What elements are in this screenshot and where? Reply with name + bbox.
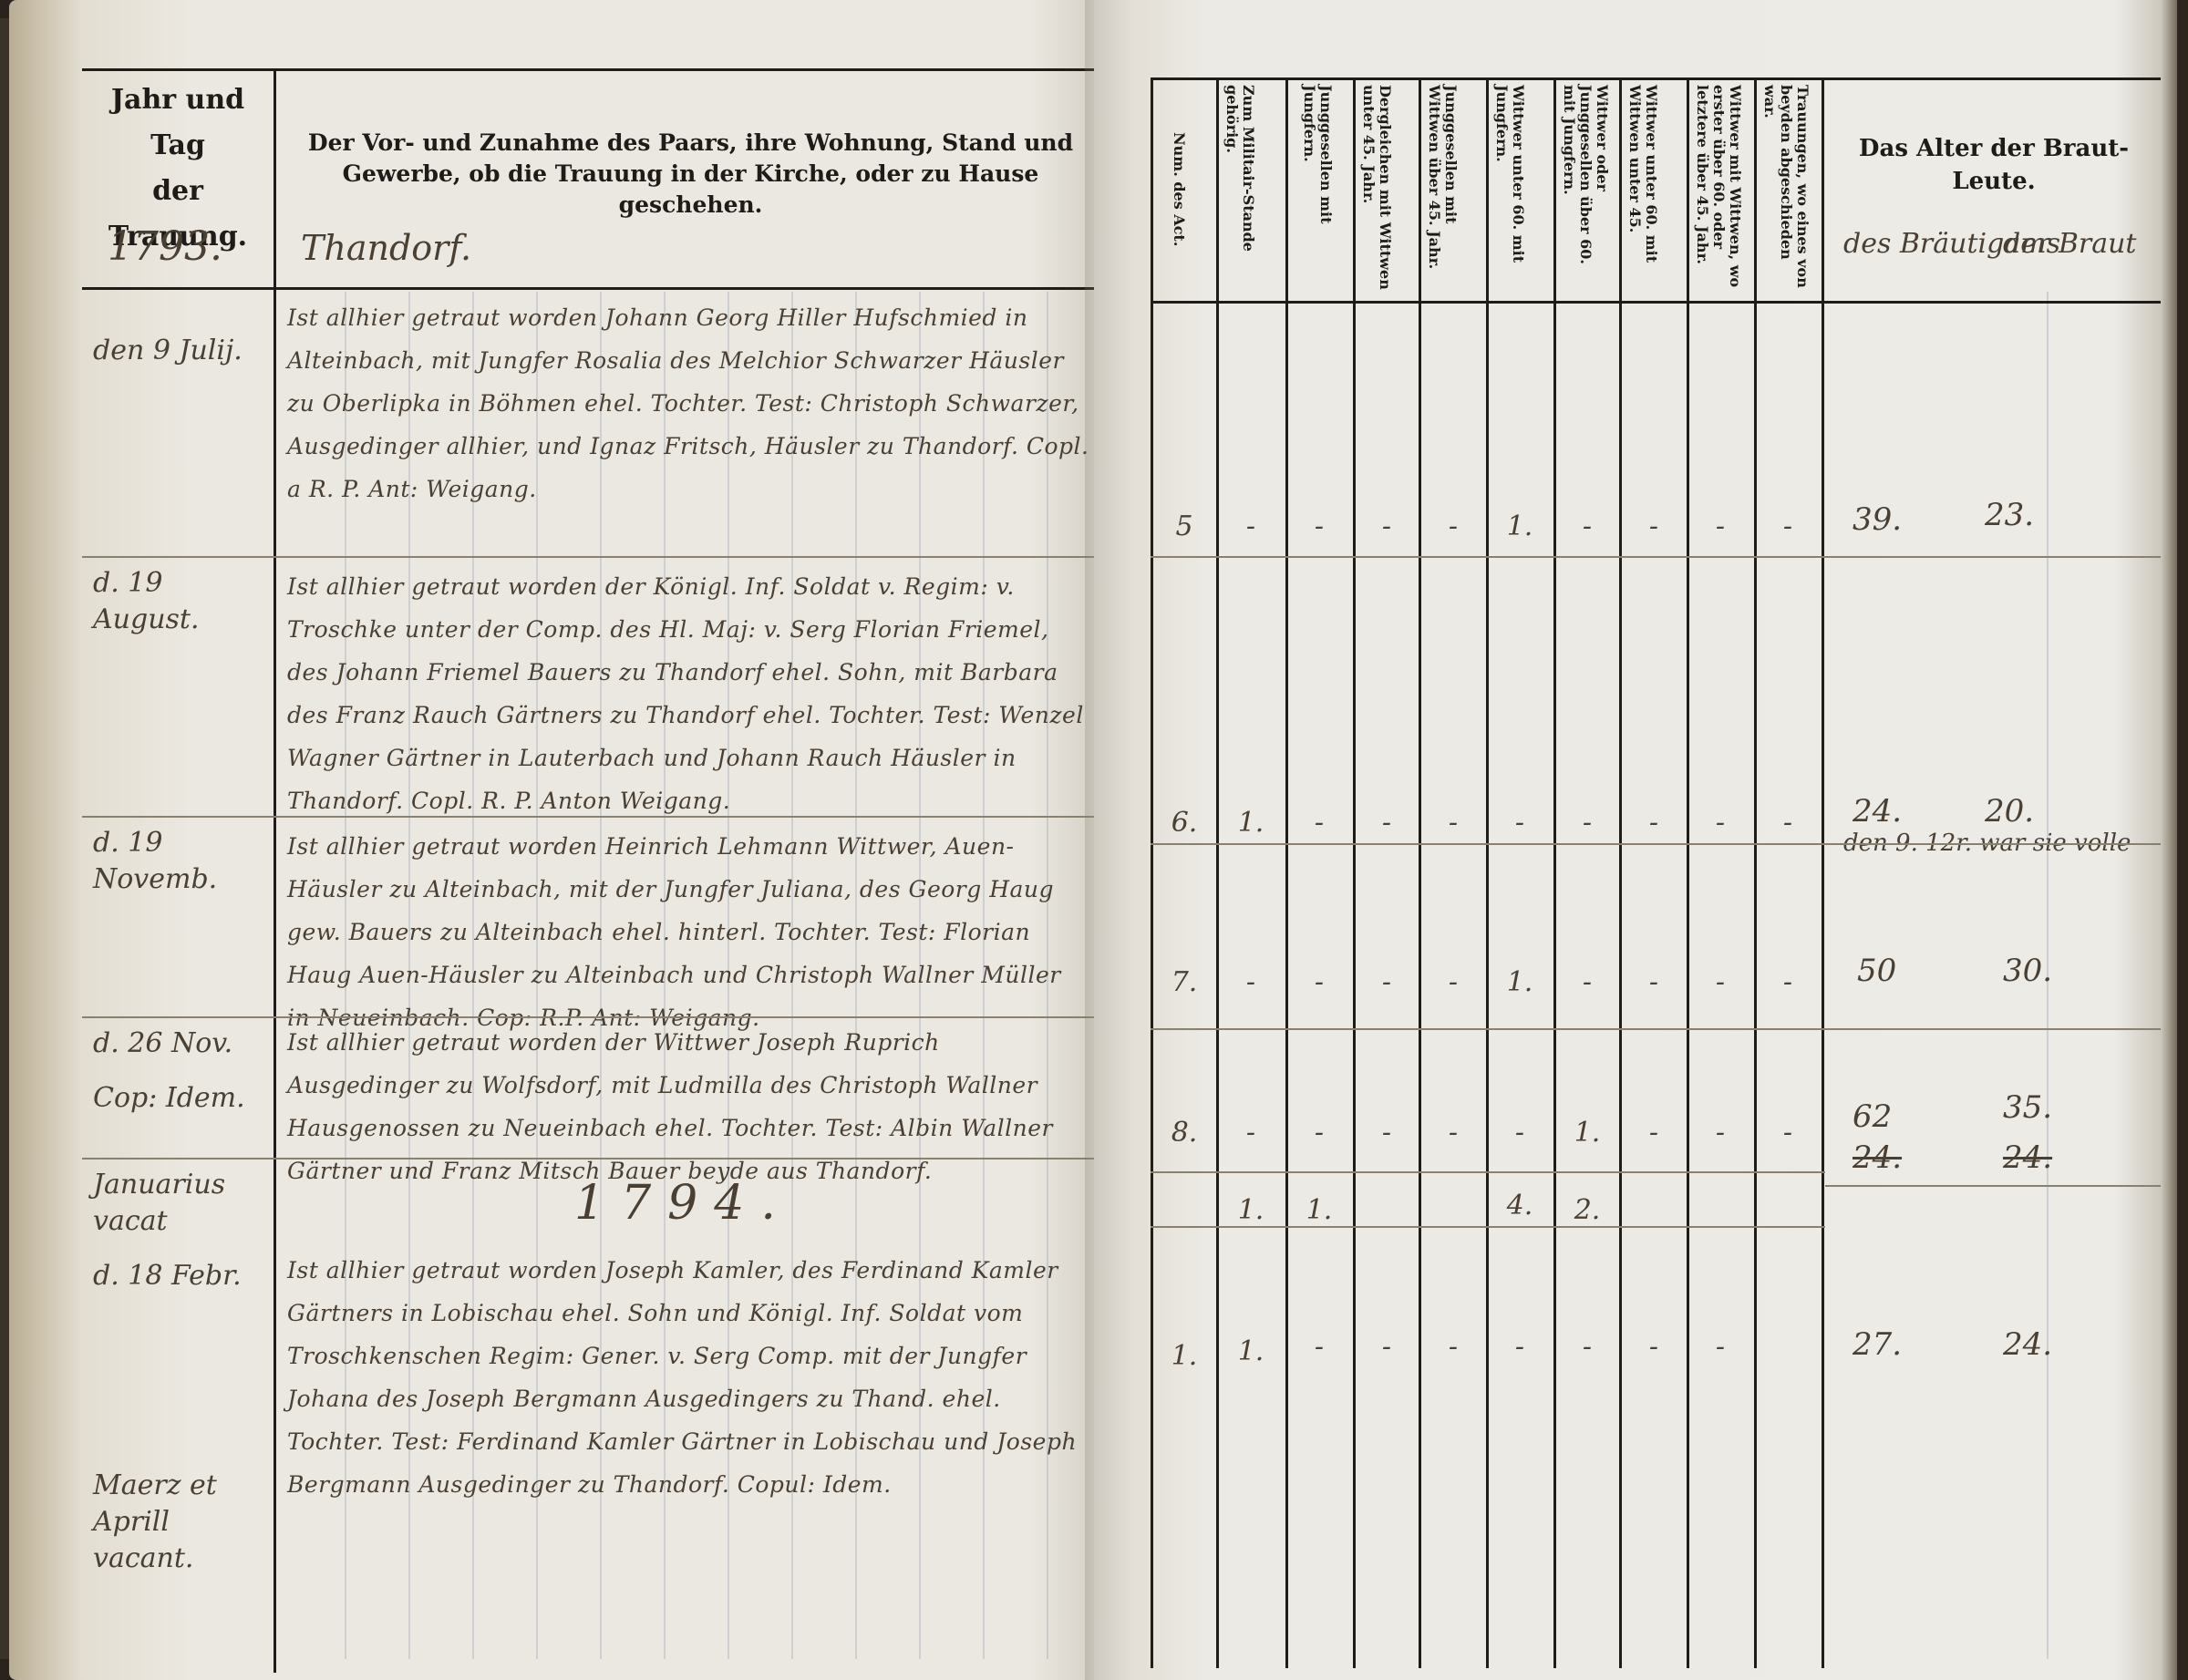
header-line: Jahr und Tag bbox=[82, 77, 273, 169]
year-1793: 1793. bbox=[108, 223, 222, 270]
tally-mark: - bbox=[1555, 510, 1619, 542]
tally-mark: - bbox=[1756, 510, 1820, 542]
book-cover-edge-right bbox=[2177, 0, 2188, 1680]
groom-age: 24. bbox=[1853, 793, 1902, 830]
total-mark: 1. bbox=[1287, 1194, 1351, 1226]
column-divider bbox=[1687, 77, 1689, 1668]
bride-age: 35. bbox=[2003, 1089, 2052, 1126]
tally-mark: - bbox=[1421, 807, 1485, 839]
entry-text: Ist allhier getraut worden Heinrich Lehm… bbox=[287, 825, 1089, 1039]
tally-mark: - bbox=[1421, 1117, 1485, 1149]
table-rule bbox=[1151, 301, 2161, 304]
tally-mark: - bbox=[1622, 1331, 1686, 1363]
table-rule bbox=[82, 68, 1099, 71]
tally-mark: - bbox=[1688, 510, 1752, 542]
entry-date: d. 18 Febr. bbox=[93, 1258, 266, 1294]
tally-mark: - bbox=[1287, 1331, 1351, 1363]
tally-mark: - bbox=[1287, 510, 1351, 542]
entry-text: Ist allhier getraut worden Joseph Kamler… bbox=[287, 1249, 1089, 1506]
groom-age: 62 bbox=[1853, 1098, 1892, 1135]
header-bachelors-maidens: Junggesellen mit Jungfern. bbox=[1301, 85, 1334, 294]
groom-age: 39. bbox=[1853, 501, 1902, 538]
tally-mark: 1. bbox=[1219, 1335, 1283, 1367]
bride-age: 23. bbox=[1985, 497, 2034, 533]
tally-mark: 1. bbox=[1488, 510, 1552, 542]
row-separator bbox=[1151, 556, 2161, 558]
subheader-bride: der Braut bbox=[2003, 228, 2136, 260]
column-divider bbox=[273, 68, 276, 1673]
tally-mark: - bbox=[1355, 966, 1419, 998]
entry-date: d. 26 Nov. bbox=[93, 1026, 266, 1062]
entry-date: d. 19 Novemb. bbox=[93, 825, 266, 898]
left-page: Jahr und Tag der Trauung. Der Vor- und Z… bbox=[9, 0, 1103, 1680]
tally-mark: - bbox=[1622, 1117, 1686, 1149]
row-separator bbox=[1151, 1226, 1825, 1228]
column-divider bbox=[1216, 77, 1219, 1668]
tally-mark: - bbox=[1355, 510, 1419, 542]
tally-mark: - bbox=[1421, 1331, 1485, 1363]
column-divider bbox=[1419, 77, 1421, 1668]
row-separator bbox=[82, 816, 1099, 818]
total-mark: 4. bbox=[1488, 1190, 1552, 1221]
act-number: 5 bbox=[1152, 510, 1216, 542]
year-1794: 1794. bbox=[574, 1176, 792, 1231]
bride-age: 20. bbox=[1985, 793, 2034, 830]
month-vacat-note: Januarius vacat bbox=[93, 1167, 230, 1240]
header-widowers-under60-maidens: Wittwer unter 60. mit Jungfern. bbox=[1493, 85, 1526, 294]
column-divider bbox=[1619, 77, 1622, 1668]
month-vacat-note: Maerz et Aprill vacant. bbox=[93, 1468, 221, 1577]
row-separator bbox=[82, 1158, 1099, 1160]
tally-mark: - bbox=[1622, 807, 1686, 839]
table-rule bbox=[82, 287, 1099, 290]
column-divider bbox=[1285, 77, 1288, 1668]
column-divider bbox=[1822, 77, 1824, 1668]
tally-mark: - bbox=[1756, 1117, 1820, 1149]
column-divider bbox=[1353, 77, 1356, 1668]
entry-date: den 9 Julij. bbox=[93, 333, 266, 369]
tally-mark: - bbox=[1488, 1117, 1552, 1149]
tally-mark: - bbox=[1355, 807, 1419, 839]
tally-mark: - bbox=[1287, 807, 1351, 839]
header-num: Num. des Act. bbox=[1171, 132, 1187, 342]
entry-date-note: Cop: Idem. bbox=[93, 1080, 266, 1117]
entry-text: Ist allhier getraut worden der Wittwer J… bbox=[287, 1021, 1089, 1192]
struck-bride-age: 24. bbox=[2003, 1139, 2052, 1176]
header-divorced: Trauungen, wo eines von beyden abgeschie… bbox=[1761, 85, 1811, 294]
entry-date: d. 19 August. bbox=[93, 565, 266, 638]
table-rule bbox=[1151, 77, 2161, 80]
tally-mark: - bbox=[1688, 966, 1752, 998]
act-number: 6. bbox=[1152, 807, 1216, 839]
act-number: 1. bbox=[1152, 1340, 1216, 1372]
entry-text: Ist allhier getraut worden der Königl. I… bbox=[287, 565, 1089, 822]
act-number: 7. bbox=[1152, 966, 1216, 998]
tally-mark: - bbox=[1488, 1331, 1552, 1363]
tally-mark: 1. bbox=[1219, 807, 1283, 839]
groom-age: 27. bbox=[1853, 1326, 1902, 1363]
column-divider bbox=[1754, 77, 1757, 1668]
tally-mark: 1. bbox=[1488, 966, 1552, 998]
tally-mark: - bbox=[1355, 1331, 1419, 1363]
tally-mark: - bbox=[1622, 966, 1686, 998]
struck-groom-age: 24. bbox=[1853, 1139, 1902, 1176]
act-number: 8. bbox=[1152, 1117, 1216, 1149]
header-military: Zum Militair-Stande gehörig. bbox=[1223, 85, 1256, 294]
tally-mark: - bbox=[1219, 1117, 1283, 1149]
tally-mark: - bbox=[1688, 807, 1752, 839]
tally-mark: - bbox=[1622, 510, 1686, 542]
header-widowers-widows-over: Wittwer mit Wittwen, wo erster über 60. … bbox=[1694, 85, 1743, 294]
column-divider bbox=[1486, 77, 1489, 1668]
tally-mark: - bbox=[1688, 1331, 1752, 1363]
tally-mark: - bbox=[1555, 1331, 1619, 1363]
header-line: der bbox=[82, 169, 273, 214]
header-age: Das Alter der Braut-Leute. bbox=[1834, 132, 2153, 198]
row-separator bbox=[1151, 1171, 1825, 1173]
entry-text: Ist allhier getraut worden Johann Georg … bbox=[287, 296, 1089, 510]
tally-mark: - bbox=[1555, 966, 1619, 998]
row-separator bbox=[1151, 843, 2161, 845]
tally-mark: - bbox=[1421, 966, 1485, 998]
bride-age: 24. bbox=[2003, 1326, 2052, 1363]
header-description-column: Der Vor- und Zunahme des Paars, ihre Woh… bbox=[283, 128, 1099, 221]
header-widowers-widows-under45: Wittwer unter 60. mit Wittwen unter 45. bbox=[1626, 85, 1659, 294]
column-divider bbox=[1553, 77, 1556, 1668]
header-bachelors-widows-over45: Junggesellen mit Wittwen über 45. Jahr. bbox=[1426, 85, 1459, 294]
header-bachelors-widows-under45: Dergleichen mit Wittwen unter 45. Jahr. bbox=[1360, 85, 1393, 294]
tally-mark: 1. bbox=[1555, 1117, 1619, 1149]
tally-mark: - bbox=[1287, 966, 1351, 998]
header-over60-maidens: Wittwer oder Junggesellen über 60. mit J… bbox=[1561, 85, 1610, 294]
tally-mark: - bbox=[1355, 1117, 1419, 1149]
row-separator bbox=[82, 556, 1099, 558]
open-register-book: Jahr und Tag der Trauung. Der Vor- und Z… bbox=[0, 0, 2188, 1680]
parish-place: Thandorf. bbox=[301, 228, 471, 268]
column-divider bbox=[1151, 77, 1153, 1668]
total-mark: 1. bbox=[1219, 1194, 1283, 1226]
groom-age: 50 bbox=[1857, 953, 1896, 989]
tally-mark: - bbox=[1219, 966, 1283, 998]
tally-mark: - bbox=[1488, 807, 1552, 839]
tally-mark: - bbox=[1555, 807, 1619, 839]
tally-mark: - bbox=[1287, 1117, 1351, 1149]
bride-age: 30. bbox=[2003, 953, 2052, 989]
tally-mark: - bbox=[1688, 1117, 1752, 1149]
tally-mark: - bbox=[1756, 966, 1820, 998]
row-separator bbox=[82, 1016, 1099, 1018]
right-statistics-table: Num. des Act. Zum Militair-Stande gehöri… bbox=[1151, 77, 2161, 1668]
row-separator bbox=[1151, 1028, 2161, 1030]
tally-mark: - bbox=[1219, 510, 1283, 542]
tally-mark: - bbox=[1756, 807, 1820, 839]
total-mark: 2. bbox=[1555, 1194, 1619, 1226]
tally-mark: - bbox=[1421, 510, 1485, 542]
row-separator bbox=[1825, 1185, 2161, 1187]
left-register-table: Jahr und Tag der Trauung. Der Vor- und Z… bbox=[82, 68, 1099, 1673]
